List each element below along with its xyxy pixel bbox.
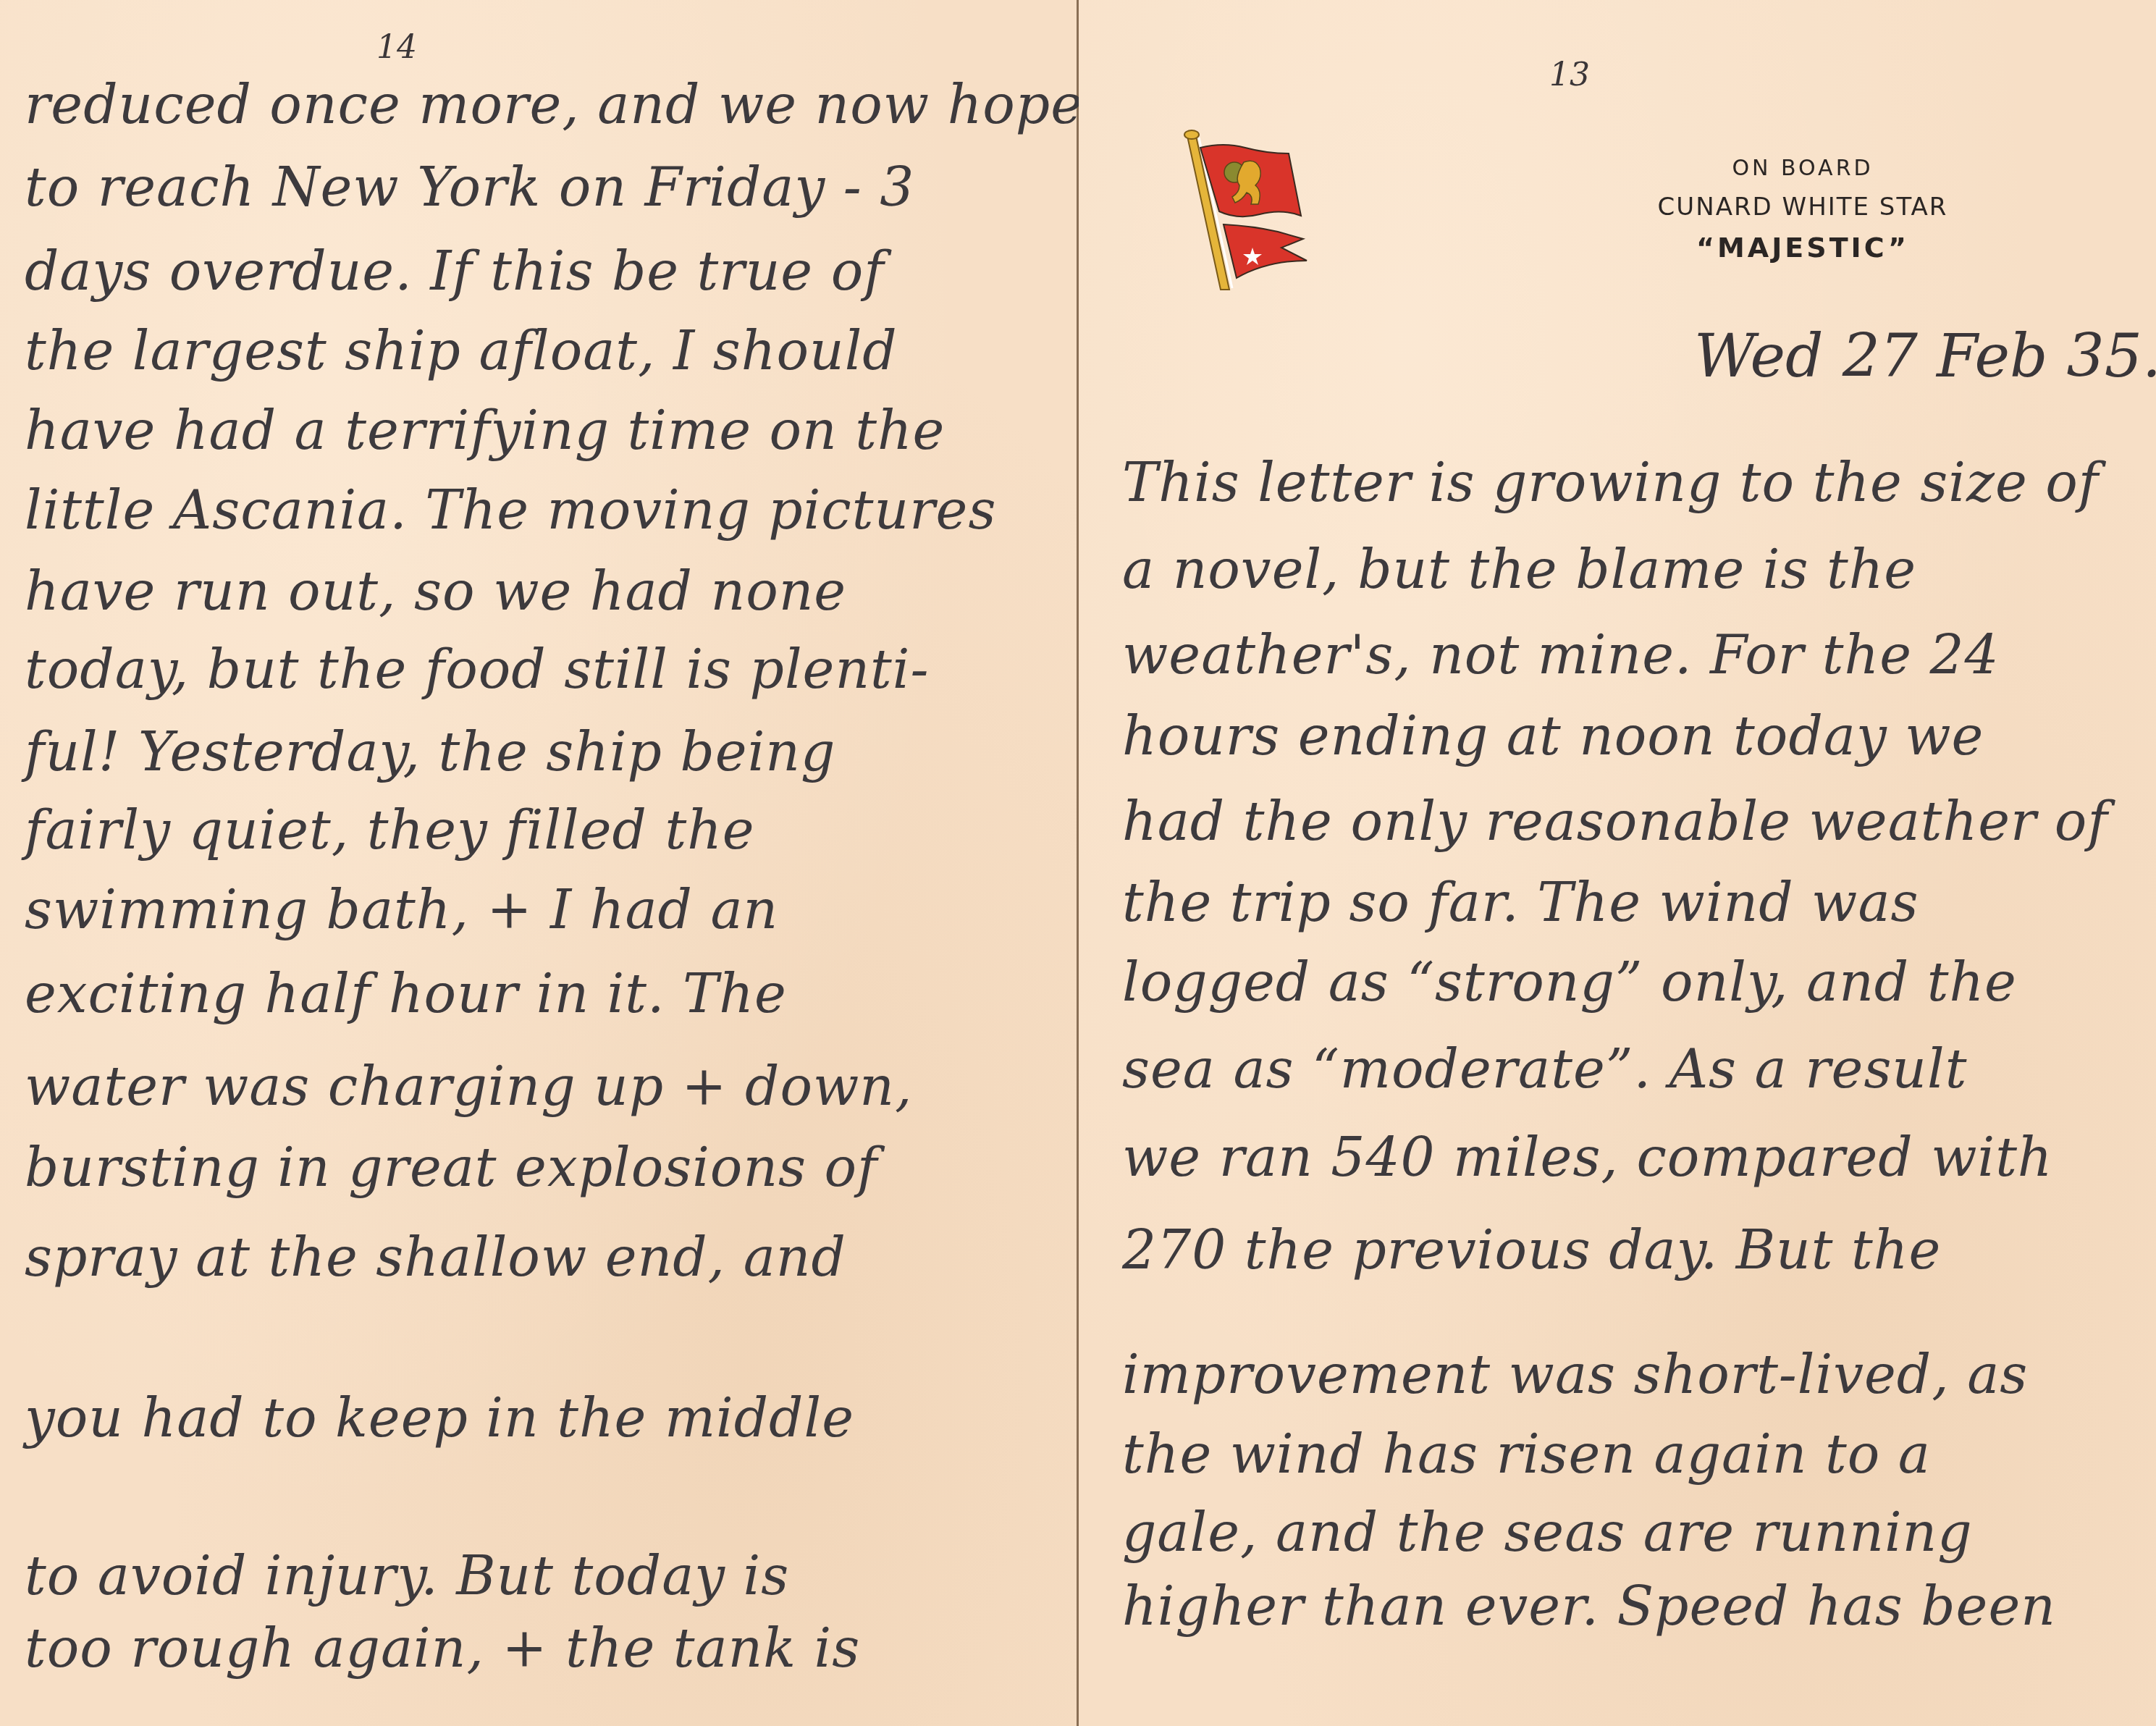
page-number-left: 14 [376,29,417,66]
letterhead-company: CUNARD WHITE STAR [1629,193,1976,222]
handwritten-line: a novel, but the blame is the [1079,543,2156,597]
handwritten-line: today, but the food still is plenti- [0,643,1077,696]
handwritten-line: had the only reasonable weather of [1079,795,2156,849]
handwritten-line: to reach New York on Friday - 3 [0,161,1077,214]
handwritten-line: bursting in great explosions of [0,1141,1077,1195]
handwritten-line: weather's, not mine. For the 24 [1079,628,2156,682]
letterhead: ON BOARD CUNARD WHITE STAR “MAJESTIC” [1629,156,1976,264]
letterhead-ship-name: “MAJESTIC” [1629,232,1976,264]
handwritten-line: have run out, so we had none [0,565,1077,618]
handwritten-line: spray at the shallow end, and [0,1231,1077,1284]
handwritten-line: sea as “moderate”. As a result [1079,1043,2156,1096]
handwritten-line: hours ending at noon today we [1079,710,2156,763]
handwritten-line: little Ascania. The moving pictures [0,484,1077,537]
handwritten-line: fairly quiet, they filled the [0,804,1077,857]
handwritten-line: swimming bath, + I had an [0,883,1077,937]
left-page: 14 reduced once more, and we now hope to… [0,0,1079,1726]
handwritten-line: have had a terrifying time on the [0,404,1077,458]
handwritten-line: the wind has risen again to a [1079,1428,2156,1481]
handwritten-line: days overdue. If this be true of [0,245,1077,298]
handwritten-line: the largest ship afloat, I should [0,324,1077,378]
handwritten-line: higher than ever. Speed has been [1079,1580,2156,1633]
handwritten-line: too rough again, + the tank is [0,1622,1077,1675]
handwritten-line: 270 the previous day. But the [1079,1224,2156,1277]
letter-date: Wed 27 Feb 35. [1694,322,2156,391]
letterhead-on-board: ON BOARD [1629,156,1976,181]
handwritten-line: improvement was short-lived, as [1079,1348,2156,1402]
letter-spread: 14 reduced once more, and we now hope to… [0,0,2156,1726]
handwritten-line: to avoid injury. But today is [0,1549,1077,1603]
handwritten-line: exciting half hour in it. The [0,967,1077,1021]
handwritten-line: you had to keep in the middle [0,1392,1077,1445]
page-number-right: 13 [1549,56,1590,93]
handwritten-line: reduced once more, and we now hope [0,78,1077,132]
handwritten-line: ful! Yesterday, the ship being [0,725,1077,779]
handwritten-line: water was charging up + down, [0,1060,1077,1114]
house-flag-icon [1158,116,1332,297]
handwritten-line: gale, and the seas are running [1079,1506,2156,1559]
handwritten-line: logged as “strong” only, and the [1079,956,2156,1009]
handwritten-line: the trip so far. The wind was [1079,876,2156,930]
handwritten-line: This letter is growing to the size of [1079,456,2156,510]
handwritten-line: we ran 540 miles, compared with [1079,1131,2156,1184]
